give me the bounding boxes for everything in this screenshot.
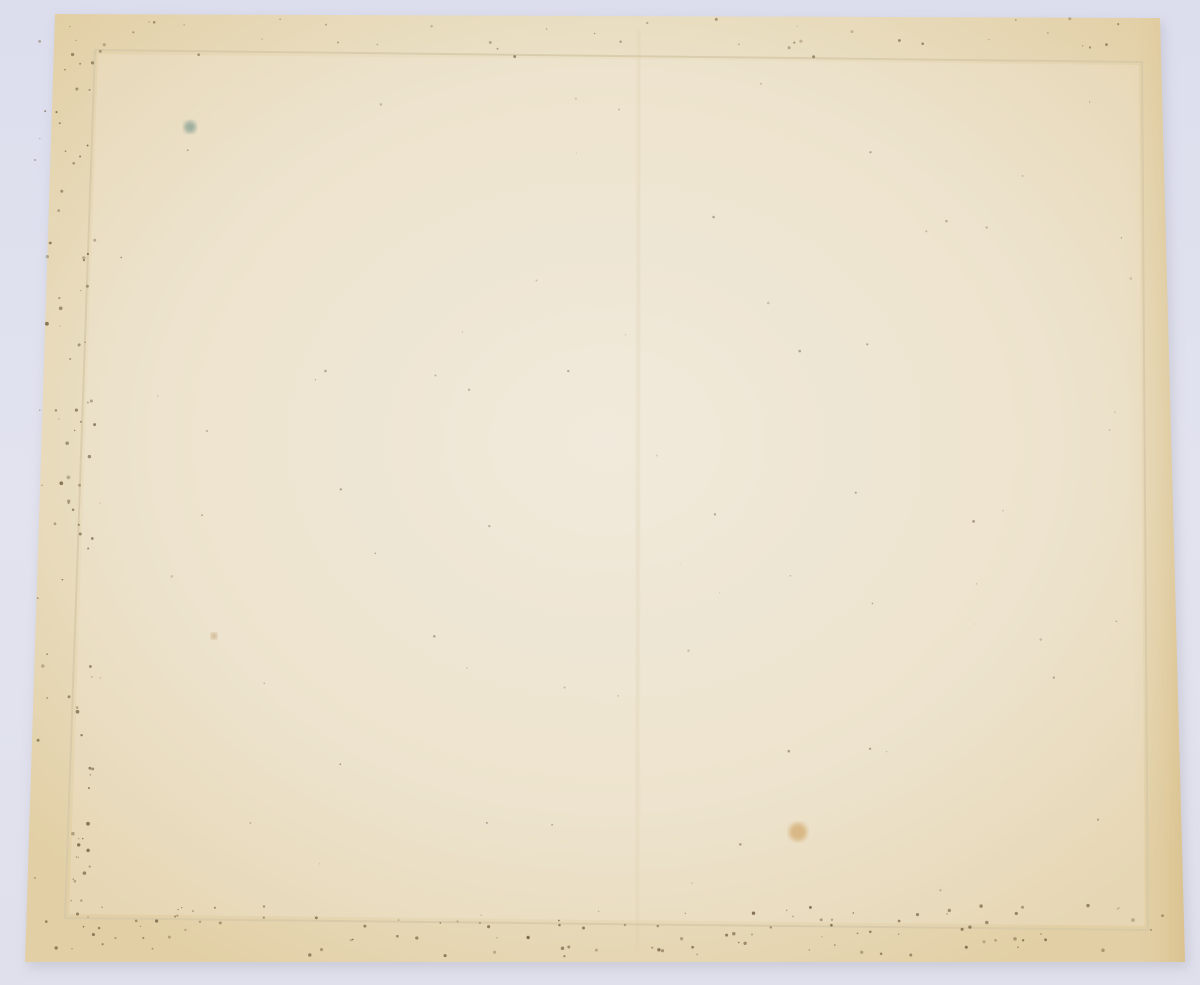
foxing-dot <box>149 21 150 22</box>
foxing-dot <box>82 838 83 839</box>
foxing-dot <box>91 767 94 770</box>
foxing-dot <box>855 492 857 494</box>
foxing-dot <box>433 635 436 638</box>
foxing-dot <box>91 676 93 678</box>
foxing-dot <box>64 69 65 70</box>
foxing-dot <box>88 767 91 770</box>
foxing-dot <box>719 592 720 593</box>
foxing-dot <box>41 664 45 668</box>
foxing-dot <box>808 949 810 951</box>
foxing-dot <box>493 951 496 954</box>
foxing-dot <box>1017 946 1019 948</box>
foxing-dot <box>898 920 901 923</box>
foxing-dot <box>558 920 560 922</box>
foxing-dot <box>921 42 924 45</box>
foxing-dot <box>1105 43 1108 46</box>
foxing-dot <box>79 533 82 536</box>
foxing-dot <box>80 421 82 423</box>
foxing-dot <box>850 30 853 33</box>
foxing-dot <box>1013 937 1017 941</box>
foxing-dot <box>214 907 216 909</box>
foxing-dot <box>34 877 36 879</box>
foxing-dot <box>324 370 327 373</box>
foxing-dot <box>37 739 40 742</box>
foxing-dot <box>869 151 871 153</box>
foxing-dot <box>76 706 79 709</box>
foxing-dot <box>168 936 171 939</box>
foxing-dot <box>90 774 92 776</box>
foxing-dot <box>152 948 154 950</box>
foxing-dot <box>1082 45 1084 47</box>
foxing-dot <box>87 402 89 404</box>
foxing-dot <box>869 930 872 933</box>
foxing-dot <box>45 920 48 923</box>
foxing-dot <box>767 302 770 305</box>
foxing-dot <box>1101 948 1105 952</box>
foxing-dot <box>60 190 63 193</box>
foxing-dot <box>563 955 565 957</box>
foxing-dot <box>58 297 60 299</box>
foxing-dot <box>181 907 182 908</box>
foxing-dot <box>1022 939 1024 941</box>
foxing-dot <box>78 838 79 839</box>
foxing-dot <box>70 900 72 902</box>
foxing-dot <box>1114 411 1116 413</box>
foxing-dot <box>80 290 81 291</box>
foxing-dot <box>948 909 951 912</box>
foxing-dot <box>976 583 977 584</box>
foxing-dot <box>76 856 78 858</box>
foxing-dot <box>73 878 74 879</box>
foxing-dot <box>59 326 60 327</box>
foxing-dot <box>49 242 52 245</box>
foxing-dot <box>925 230 927 232</box>
foxing-dot <box>1022 175 1023 176</box>
foxing-dot <box>90 399 93 402</box>
foxing-dot <box>486 822 488 824</box>
foxing-dot <box>45 322 49 326</box>
foxing-dot <box>916 913 919 916</box>
foxing-dot <box>84 342 86 344</box>
foxing-dot <box>1117 908 1119 910</box>
foxing-dot <box>71 832 75 836</box>
foxing-dot <box>1150 929 1152 931</box>
foxing-dot <box>120 257 122 259</box>
foxing-dot <box>74 880 77 883</box>
foxing-dot <box>142 937 144 939</box>
foxing-dot <box>98 927 101 930</box>
foxing-dot <box>558 924 561 927</box>
foxing-dot <box>497 48 499 50</box>
foxing-dot <box>1131 918 1135 922</box>
foxing-dot <box>325 24 327 26</box>
foxing-dot <box>87 916 89 918</box>
foxing-dot <box>872 603 874 605</box>
foxing-dot <box>946 913 947 914</box>
foxing-dot <box>618 109 620 111</box>
foxing-dot <box>857 933 859 935</box>
foxing-dot <box>315 379 316 380</box>
foxing-dot <box>725 934 728 937</box>
foxing-dot <box>979 904 982 907</box>
foxing-dot <box>65 441 68 444</box>
foxing-dot <box>1039 638 1042 641</box>
foxing-dot <box>78 857 79 858</box>
foxing-dot <box>59 481 63 485</box>
foxing-dot <box>67 500 70 503</box>
foxing-dot <box>39 138 40 139</box>
foxing-dot <box>1002 510 1003 511</box>
foxing-dot <box>350 939 352 941</box>
foxing-dot <box>76 912 79 915</box>
foxing-dot <box>184 929 186 931</box>
foxing-dot <box>69 26 70 27</box>
foxing-dot <box>92 933 95 936</box>
foxing-dot <box>72 509 75 512</box>
foxing-dot <box>79 155 81 157</box>
foxing-dot <box>153 21 156 24</box>
foxing-dot <box>786 909 788 911</box>
foxing-dot <box>155 919 158 922</box>
foxing-dot <box>479 922 481 924</box>
foxing-dot <box>315 916 318 919</box>
foxing-dot <box>738 44 739 45</box>
foxing-dot <box>1015 912 1018 915</box>
foxing-dot <box>732 932 735 935</box>
foxing-dot <box>488 525 490 527</box>
foxing-dot <box>898 39 901 42</box>
foxing-dot <box>80 734 82 736</box>
foxing-dot <box>965 946 968 949</box>
foxing-dot <box>114 937 116 939</box>
foxing-dot <box>206 430 208 432</box>
foxing-dot <box>67 476 71 480</box>
foxing-dot <box>177 909 178 910</box>
foxing-dot <box>961 928 964 931</box>
foxing-dot <box>87 547 89 549</box>
foxing-dot <box>396 935 399 938</box>
foxing-dot <box>363 925 366 928</box>
foxing-dot <box>46 697 48 699</box>
foxing-dot <box>576 153 577 154</box>
foxing-dot <box>691 946 694 949</box>
foxing-dot <box>91 537 94 540</box>
foxing-dot <box>78 524 80 526</box>
foxing-dot <box>739 843 742 846</box>
foxing-dot <box>787 750 790 753</box>
foxing-dot <box>65 150 67 152</box>
foxing-dot <box>80 899 82 901</box>
foxing-dot <box>87 145 89 147</box>
foxing-dot <box>982 940 985 943</box>
foxing-dot <box>176 914 178 916</box>
foxing-dot <box>793 42 795 44</box>
foxing-dot <box>684 913 686 915</box>
foxing-dot <box>994 939 997 942</box>
foxing-dot <box>57 209 60 212</box>
foxing-dot <box>598 911 599 912</box>
foxing-dot <box>250 822 252 824</box>
foxing-dot <box>1015 19 1017 21</box>
foxing-dot <box>86 849 90 853</box>
foxing-dot <box>567 370 569 372</box>
foxing-dot <box>88 89 90 91</box>
foxing-dot <box>75 408 78 411</box>
foxing-dot <box>1115 620 1117 622</box>
foxing-dot <box>575 98 577 100</box>
foxing-dot <box>86 285 89 288</box>
foxing-dot <box>513 55 516 58</box>
foxing-dot <box>86 822 90 826</box>
foxing-dot <box>263 905 265 907</box>
foxing-dot <box>457 920 459 922</box>
foxing-dot <box>974 623 975 624</box>
foxing-dot <box>594 33 596 35</box>
foxing-dot <box>830 924 833 927</box>
foxing-dot <box>337 42 339 44</box>
foxing-dot <box>55 111 57 113</box>
foxing-dot <box>88 787 90 789</box>
foxing-dot <box>374 553 376 555</box>
foxing-dot <box>462 332 463 333</box>
foxing-dot <box>1040 933 1042 935</box>
foxing-dot <box>561 947 565 951</box>
foxing-dot <box>77 843 80 846</box>
foxing-dot <box>968 925 971 928</box>
foxing-dot <box>986 226 988 228</box>
foxing-dot <box>263 916 265 918</box>
foxing-dot <box>174 915 176 917</box>
foxing-dot <box>71 948 72 949</box>
foxing-dot <box>308 953 311 956</box>
foxing-dot <box>738 942 740 944</box>
foxing-dot <box>743 942 746 945</box>
green-spot <box>184 121 196 133</box>
foxing-dot <box>87 253 89 255</box>
foxing-dot <box>985 921 989 925</box>
foxing-dot <box>100 503 101 504</box>
foxing-dot <box>939 889 941 891</box>
foxing-dot <box>1047 32 1049 34</box>
foxing-dot <box>687 649 690 652</box>
foxing-dot <box>1117 23 1119 25</box>
foxing-dot <box>62 579 64 581</box>
foxing-dot <box>91 61 94 64</box>
foxing-dot <box>44 110 46 112</box>
foxing-dot <box>439 922 441 924</box>
foxing-dot <box>714 513 716 515</box>
foxing-dot <box>651 946 653 948</box>
foxing-dot <box>860 951 863 954</box>
foxing-dot <box>89 866 91 868</box>
foxing-dot <box>551 824 553 826</box>
foxing-dot <box>83 926 85 928</box>
foxing-dot <box>352 939 354 941</box>
foxing-dot <box>430 25 432 27</box>
foxing-dot <box>219 921 222 924</box>
foxing-dot <box>788 46 791 49</box>
foxing-dot <box>680 563 681 564</box>
foxing-dot <box>171 575 174 578</box>
foxing-dot <box>809 906 812 909</box>
foxing-dot <box>834 944 836 946</box>
foxing-dot <box>103 43 106 46</box>
foxing-dot <box>72 162 75 165</box>
foxing-dot <box>853 912 855 914</box>
foxing-dot <box>790 575 792 577</box>
foxing-dot <box>201 514 203 516</box>
foxing-dot <box>55 946 58 949</box>
foxing-dot <box>377 44 378 45</box>
foxing-dot <box>760 83 762 85</box>
foxing-dot <box>1089 46 1091 48</box>
foxing-dot <box>526 936 529 939</box>
foxing-dot <box>99 677 101 679</box>
foxing-dot <box>1109 429 1111 431</box>
foxing-dot <box>197 53 200 56</box>
plate-area <box>69 54 1145 926</box>
foxing-dot <box>76 710 80 714</box>
foxing-dot <box>157 396 158 397</box>
foxing-dot <box>93 239 96 242</box>
foxing-dot <box>880 953 883 956</box>
foxing-dot <box>715 18 718 21</box>
foxing-dot <box>618 695 619 696</box>
foxing-dot <box>434 374 436 376</box>
foxing-dot <box>751 933 753 935</box>
foxing-dot <box>78 343 81 346</box>
small-stain <box>211 633 217 639</box>
foxing-dot <box>866 343 868 345</box>
foxing-dot <box>135 920 138 923</box>
foxing-dot <box>187 149 189 151</box>
foxing-dot <box>69 358 71 360</box>
foxing-dot <box>909 954 912 957</box>
foxing-dot <box>192 910 194 912</box>
foxing-dot <box>132 31 134 33</box>
foxing-dot <box>564 687 566 689</box>
foxing-dot <box>339 763 341 765</box>
foxing-dot <box>183 24 185 26</box>
foxing-dot <box>770 926 773 929</box>
foxing-dot <box>320 948 323 951</box>
foxing-dot <box>38 40 41 43</box>
foxing-dot <box>1044 938 1047 941</box>
foxing-dot <box>1161 914 1164 917</box>
foxing-dot <box>972 520 975 523</box>
foxing-dot <box>496 937 497 938</box>
foxing-dot <box>398 919 399 920</box>
foxing-dot <box>1097 819 1099 821</box>
foxing-dot <box>415 936 418 939</box>
foxing-dot <box>263 683 265 685</box>
foxing-dot <box>646 22 648 24</box>
aged-paper-sheet <box>0 0 1200 985</box>
paper-illustration <box>0 0 1200 985</box>
foxing-dot <box>93 423 96 426</box>
foxing-dot <box>680 937 683 940</box>
foxing-dot <box>821 936 822 937</box>
foxing-dot <box>468 389 470 391</box>
foxing-dot <box>661 949 664 952</box>
foxing-dot <box>820 918 823 921</box>
foxing-dot <box>898 934 899 935</box>
foxing-dot <box>886 751 887 752</box>
foxing-dot <box>1121 237 1122 238</box>
foxing-dot <box>78 484 81 487</box>
foxing-dot <box>792 916 794 918</box>
foxing-dot <box>59 306 63 310</box>
foxing-dot <box>46 653 48 655</box>
foxing-dot <box>624 924 626 926</box>
foxing-dot <box>75 88 78 91</box>
foxing-dot <box>68 695 71 698</box>
foxing-dot <box>546 28 548 30</box>
foxing-dot <box>812 55 815 58</box>
foxing-dot <box>37 597 39 599</box>
foxing-dot <box>279 19 281 21</box>
foxing-dot <box>869 748 871 750</box>
foxing-dot <box>696 954 698 956</box>
foxing-dot <box>1068 17 1071 20</box>
foxing-dot <box>582 926 585 929</box>
foxing-dot <box>54 522 57 525</box>
foxing-dot <box>1021 906 1024 909</box>
foxing-dot <box>595 949 598 952</box>
foxing-dot <box>75 40 76 41</box>
foxing-dot <box>71 53 74 56</box>
foxing-dot <box>83 871 87 875</box>
foxing-dot <box>55 409 58 412</box>
foxing-dot <box>140 926 141 927</box>
foxing-dot <box>619 40 621 42</box>
foxing-dot <box>796 25 797 26</box>
brown-stain <box>789 823 807 841</box>
foxing-dot <box>799 40 802 43</box>
foxing-dot <box>567 946 570 949</box>
foxing-dot <box>340 488 342 490</box>
foxing-dot <box>1089 101 1090 102</box>
foxing-dot <box>798 350 801 353</box>
foxing-dot <box>89 665 92 668</box>
foxing-dot <box>692 883 693 884</box>
foxing-dot <box>319 863 320 864</box>
foxing-dot <box>99 50 102 53</box>
foxing-dot <box>489 41 492 44</box>
foxing-dot <box>657 948 660 951</box>
foxing-dot <box>945 220 948 223</box>
foxing-dot <box>487 925 490 928</box>
foxing-dot <box>42 485 43 486</box>
foxing-dot <box>1130 277 1133 280</box>
foxing-dot <box>74 430 75 431</box>
foxing-dot <box>625 334 626 335</box>
foxing-dot <box>444 954 447 957</box>
foxing-dot <box>88 455 91 458</box>
foxing-dot <box>656 925 659 928</box>
foxing-dot <box>380 103 382 105</box>
foxing-dot <box>59 122 61 124</box>
foxing-dot <box>39 409 41 411</box>
foxing-dot <box>1118 907 1119 908</box>
foxing-dot <box>1053 677 1055 679</box>
foxing-dot <box>58 418 59 419</box>
foxing-dot <box>102 943 104 945</box>
foxing-dot <box>46 255 49 258</box>
foxing-dot <box>79 63 81 65</box>
foxing-dot <box>466 667 468 669</box>
foxing-dot <box>34 159 36 161</box>
